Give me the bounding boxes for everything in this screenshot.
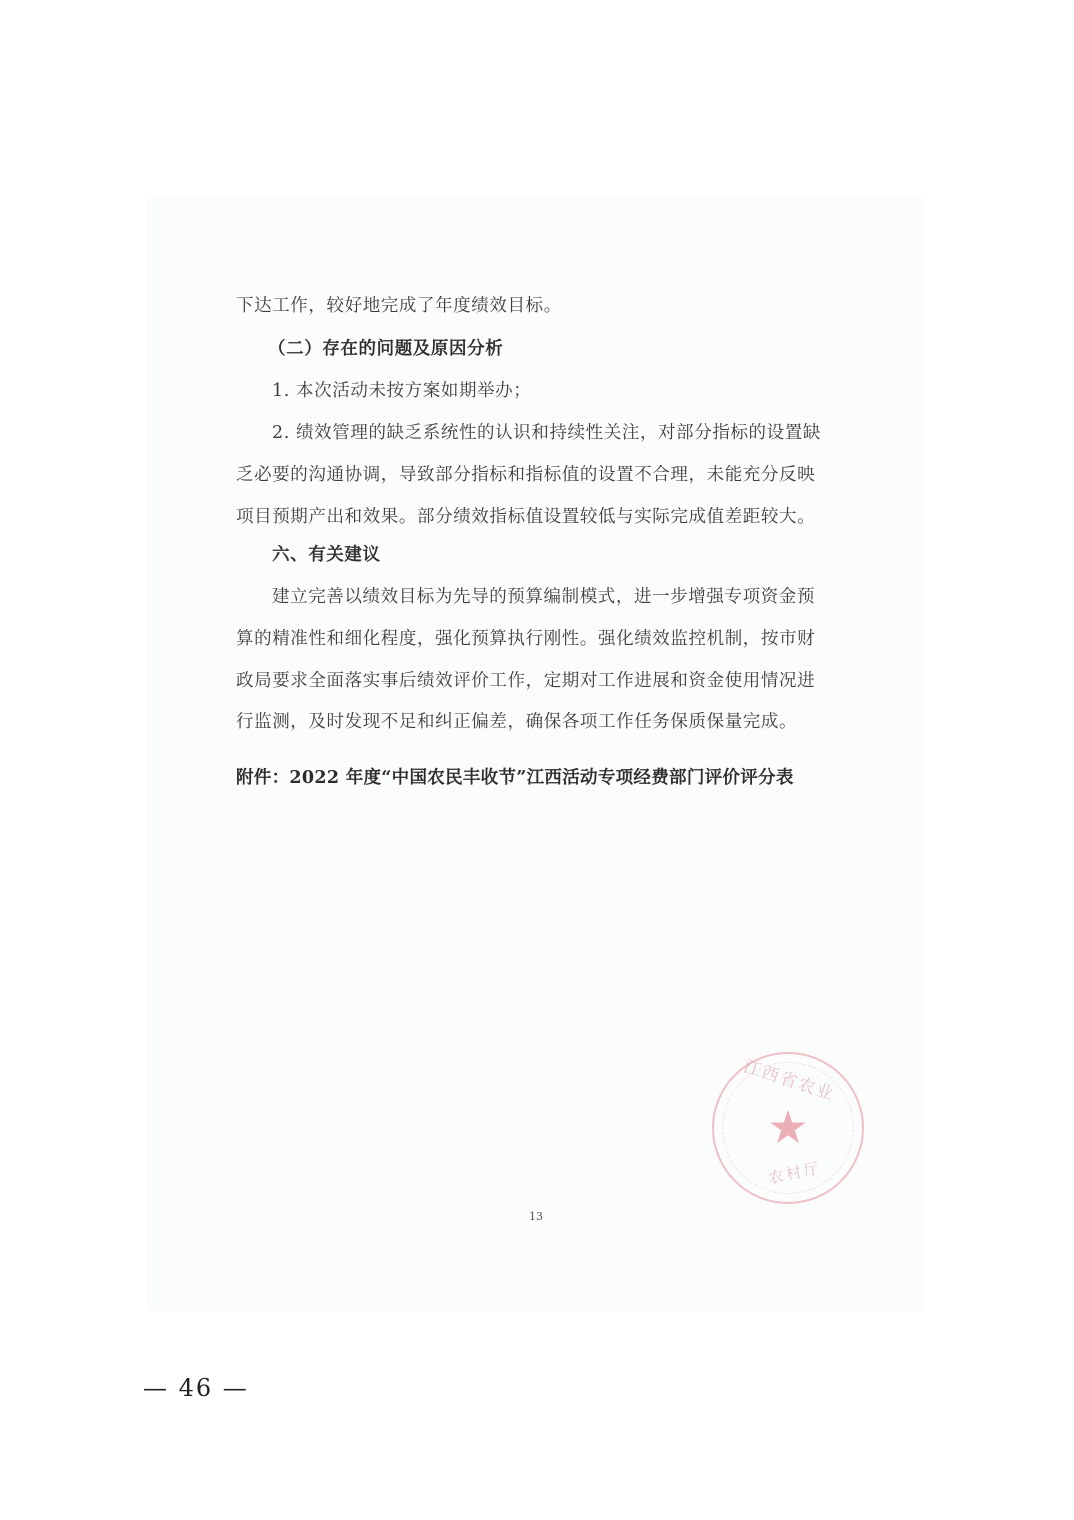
suggestion-paragraph-line: 建立完善以绩效目标为先导的预算编制模式，进一步增强专项资金预 [272,583,815,608]
section-heading-suggestions: 六、有关建议 [272,541,381,566]
attachment-note: 附件：2022 年度“中国农民丰收节”江西活动专项经费部门评价评分表 [236,764,794,789]
problem-item-2-line: 2. 绩效管理的缺乏系统性的认识和持续性关注，对部分指标的设置缺 [272,419,821,444]
suggestion-paragraph-line: 算的精准性和细化程度，强化预算执行刚性。强化绩效监控机制，按市财 [236,625,815,650]
problem-item-2-line: 乏必要的沟通协调，导致部分指标和指标值的设置不合理，未能充分反映 [236,461,815,486]
body-text-line: 下达工作，较好地完成了年度绩效目标。 [236,292,562,317]
official-seal-stamp: 江西省农业 ★ 农村厅 [712,1052,864,1204]
outer-page-number: — 46 — [143,1374,249,1402]
section-heading-problems: （二）存在的问题及原因分析 [268,335,503,360]
problem-item-1: 1. 本次活动未按方案如期举办； [272,377,531,402]
suggestion-paragraph-line: 行监测，及时发现不足和纠正偏差，确保各项工作任务保质保量完成。 [236,708,797,733]
problem-item-2-line: 项目预期产出和效果。部分绩效指标值设置较低与实际完成值差距较大。 [236,503,815,528]
suggestion-paragraph-line: 政局要求全面落实事后绩效评价工作，定期对工作进展和资金使用情况进 [236,667,815,692]
star-icon: ★ [767,1104,808,1150]
inner-page-number: 13 [529,1210,543,1223]
